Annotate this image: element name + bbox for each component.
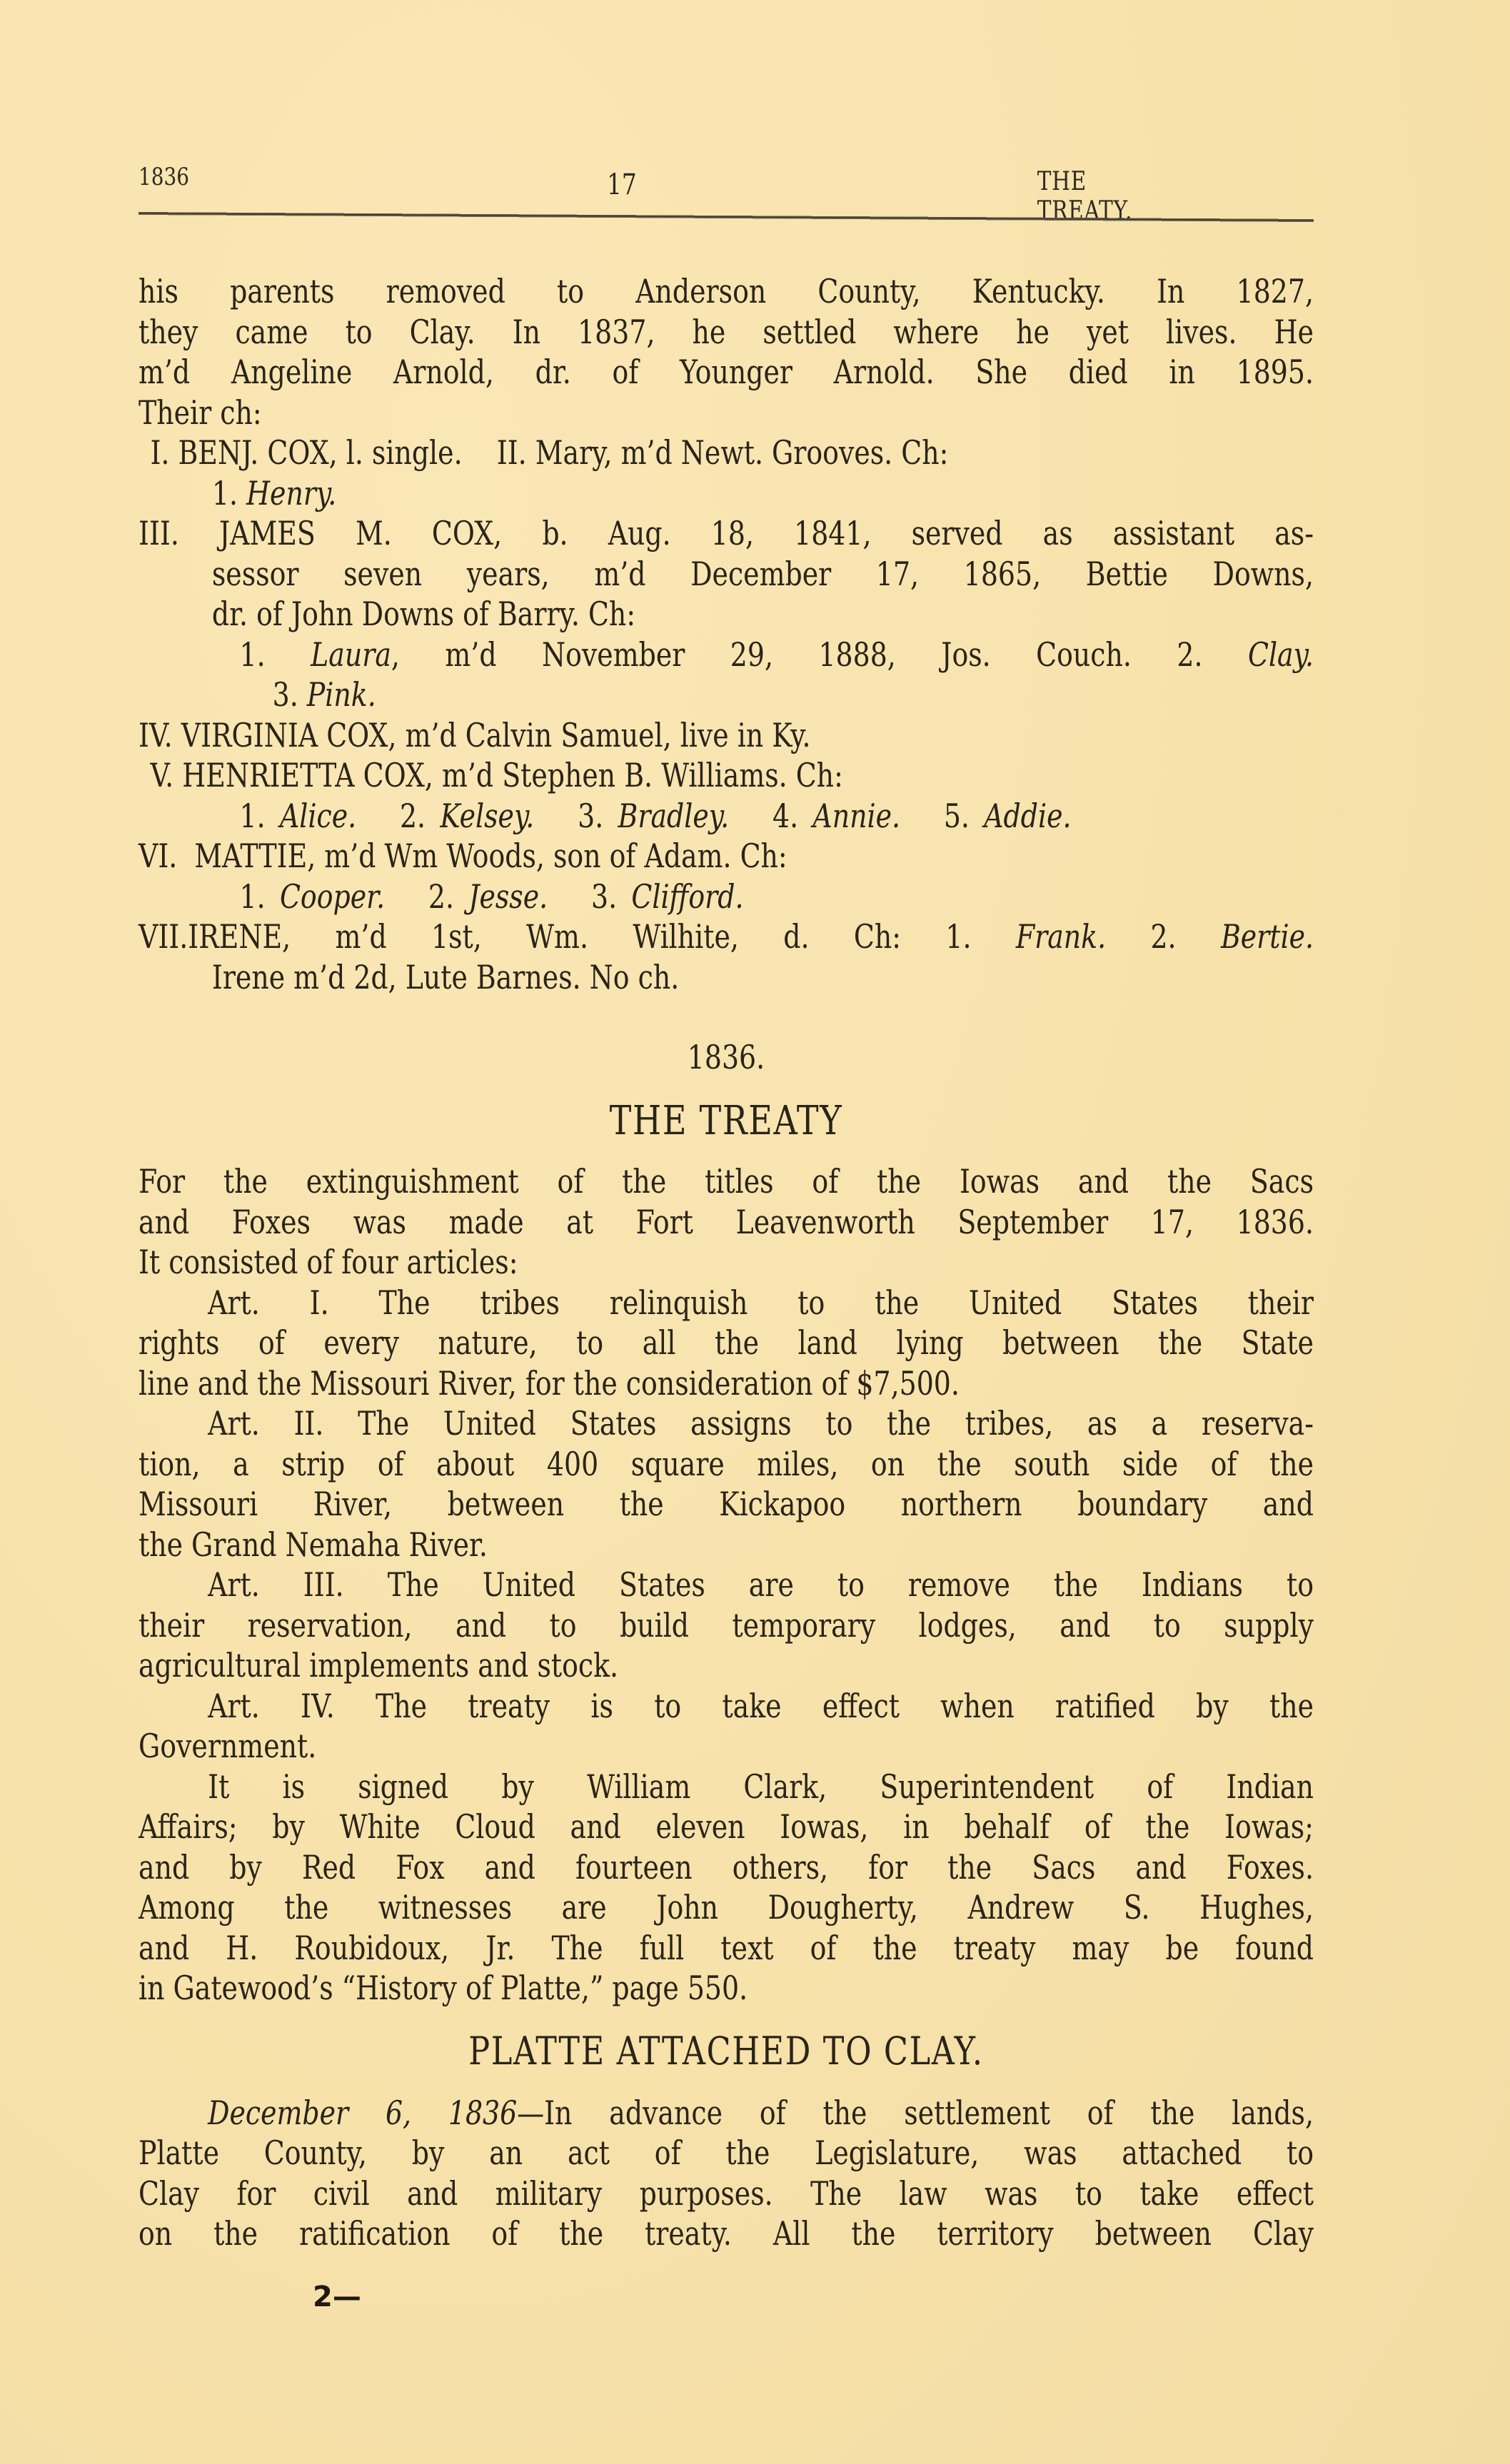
treaty-article-3: Art. III. The United States are to remov…	[139, 1565, 1314, 1686]
entry-continuation: dr. of John Downs of Barry. Ch:	[139, 594, 1314, 635]
child-name: Henry.	[246, 474, 336, 513]
text-line: m’d Angeline Arnold, dr. of Younger Arno…	[139, 352, 1314, 393]
genealogy-intro: his parents removed to Anderson County, …	[139, 271, 1314, 433]
section-title-platte: PLATTE ATTACHED TO CLAY.	[139, 2026, 1314, 2077]
text-line: line and the Missouri River, for the con…	[139, 1363, 1314, 1404]
text-line: they came to Clay. In 1837, he settled w…	[139, 312, 1314, 353]
entry-text: Mary, m’d Newt. Grooves. Ch:	[535, 433, 949, 472]
text-line: Clay for civil and military purposes. Th…	[139, 2173, 1314, 2214]
text-line: Government.	[139, 1726, 1314, 1767]
children-line: 1. Cooper. 2. Jesse. 3. Clifford.	[139, 877, 1314, 917]
child-name: Addie.	[984, 797, 1071, 835]
text-line: Art. III. The United States are to remov…	[139, 1565, 1314, 1605]
text-line: and by Red Fox and fourteen others, for …	[139, 1847, 1314, 1888]
child-name: Bradley.	[618, 797, 730, 835]
child-number: 3.	[273, 675, 298, 714]
child-name: Annie.	[812, 797, 900, 835]
treaty-intro: For the extinguishment of the titles of …	[139, 1161, 1314, 1283]
genealogy-entry-4: IV. VIRGINIA COX, m’d Calvin Samuel, liv…	[139, 715, 1314, 756]
genealogy-entry-1: I. BENJ. COX, l. single. II. Mary, m’d N…	[139, 433, 1314, 473]
entry-numeral: IV.	[139, 716, 173, 754]
children-line: 3. Pink.	[139, 675, 1314, 715]
running-head-year: 1836	[139, 163, 189, 191]
entry-numeral: V.	[150, 756, 173, 794]
child-name: Pink.	[307, 675, 376, 714]
children-line: 1. Alice. 2. Kelsey. 3. Bradley. 4. Anni…	[139, 796, 1314, 837]
entry-text: BENJ. COX, l. single.	[178, 433, 462, 472]
text-line: agricultural implements and stock.	[139, 1645, 1314, 1686]
entry-numeral: VI.	[139, 837, 177, 875]
text-line: their reservation, and to build temporar…	[139, 1605, 1314, 1646]
text-line: It consisted of four articles:	[139, 1242, 1314, 1283]
child-name: Cooper.	[280, 877, 385, 916]
child-name: Bertie.	[1221, 917, 1314, 956]
child-number: 1.	[212, 474, 238, 513]
text-line: in Gatewood’s “History of Platte,” page …	[139, 1968, 1314, 2009]
entry-text: IRENE, m’d 1st, Wm. Wilhite, d. Ch:	[188, 917, 901, 956]
platte-paragraph: December 6, 1836—In advance of the settl…	[139, 2093, 1314, 2254]
child-name: Frank.	[1016, 917, 1106, 956]
entry-text: JAMES M. COX, b. Aug. 18, 1841, served a…	[219, 514, 1314, 552]
text-line: tion, a strip of about 400 square miles,…	[139, 1444, 1314, 1485]
text-line: It is signed by William Clark, Superinte…	[139, 1767, 1314, 1807]
entry-text: VIRGINIA COX, m’d Calvin Samuel, live in…	[181, 716, 811, 754]
entry-text: MATTIE, m’d Wm Woods, son of Adam. Ch:	[194, 837, 787, 875]
text-line: Platte County, by an act of the Legislat…	[139, 2133, 1314, 2173]
header-rule	[139, 212, 1314, 222]
text-line: For the extinguishment of the titles of …	[139, 1161, 1314, 1202]
child-name: Jesse.	[468, 877, 548, 916]
entry-date: December 6, 1836	[208, 2094, 517, 2132]
treaty-article-1: Art. I. The tribes relinquish to the Uni…	[139, 1283, 1314, 1404]
text-line: Art. I. The tribes relinquish to the Uni…	[139, 1283, 1314, 1323]
children-line: 1. Laura, m’d November 29, 1888, Jos. Co…	[139, 635, 1314, 675]
child-number: 1.	[240, 635, 266, 674]
text-line: Missouri River, between the Kickapoo nor…	[139, 1484, 1314, 1525]
entry-continuation: sessor seven years, m’d December 17, 186…	[139, 554, 1314, 595]
running-head: 1836 17 THE TREATY.	[139, 163, 1102, 198]
entry-text: HENRIETTA COX, m’d Stephen B. Williams. …	[182, 756, 843, 794]
genealogy-entry-6: VI. MATTIE, m’d Wm Woods, son of Adam. C…	[139, 836, 1314, 877]
text-line: and Foxes was made at Fort Leavenworth S…	[139, 1202, 1314, 1243]
text-line: the Grand Nemaha River.	[139, 1525, 1314, 1565]
genealogy-entry-7: VII.IRENE, m’d 1st, Wm. Wilhite, d. Ch: …	[139, 917, 1314, 957]
child-name: Kelsey.	[440, 797, 534, 835]
entry-numeral: III.	[139, 514, 179, 552]
text-line: Among the witnesses are John Dougherty, …	[139, 1887, 1314, 1928]
section-title-treaty: THE TREATY	[139, 1094, 1314, 1148]
children-line: 1. Henry.	[139, 473, 1314, 514]
scanned-book-page: { "running_head": { "left": "1836", "pag…	[0, 0, 1510, 2464]
treaty-signatories: It is signed by William Clark, Superinte…	[139, 1767, 1314, 2009]
genealogy-entry-5: V. HENRIETTA COX, m’d Stephen B. William…	[139, 755, 1314, 796]
treaty-article-4: Art. IV. The treaty is to take effect wh…	[139, 1686, 1314, 1767]
text-line: Affairs; by White Cloud and eleven Iowas…	[139, 1807, 1314, 1847]
child-name: Alice.	[280, 797, 356, 835]
treaty-article-2: Art. II. The United States assigns to th…	[139, 1403, 1314, 1565]
child-name: Clay.	[1248, 635, 1314, 674]
text-line: his parents removed to Anderson County, …	[139, 271, 1314, 312]
entry-numeral: I.	[150, 433, 169, 472]
child-number: 2.	[1177, 635, 1202, 674]
child-name: Laura	[311, 635, 391, 674]
text-line: and H. Roubidoux, Jr. The full text of t…	[139, 1928, 1314, 1969]
genealogy-entry-3: III. JAMES M. COX, b. Aug. 18, 1841, ser…	[139, 513, 1314, 554]
printer-signature-mark: 2—	[313, 2281, 361, 2313]
body-text: his parents removed to Anderson County, …	[139, 271, 1314, 2254]
running-head-title: THE TREATY.	[1037, 167, 1133, 226]
section-year: 1836.	[139, 1037, 1314, 1080]
entry-numeral: VII.	[139, 917, 188, 956]
text-line: Art. II. The United States assigns to th…	[139, 1403, 1314, 1444]
entry-continuation: Irene m’d 2d, Lute Barnes. No ch.	[139, 957, 1314, 998]
text-line: on the ratification of the treaty. All t…	[139, 2213, 1314, 2254]
entry-numeral: II.	[497, 433, 527, 472]
text-line: rights of every nature, to all the land …	[139, 1323, 1314, 1363]
page-number: 17	[607, 168, 637, 201]
child-name: Clifford.	[631, 877, 743, 916]
text-line: Their ch:	[139, 393, 1314, 433]
text-line: Art. IV. The treaty is to take effect wh…	[139, 1686, 1314, 1727]
text-line: December 6, 1836—In advance of the settl…	[139, 2093, 1314, 2134]
